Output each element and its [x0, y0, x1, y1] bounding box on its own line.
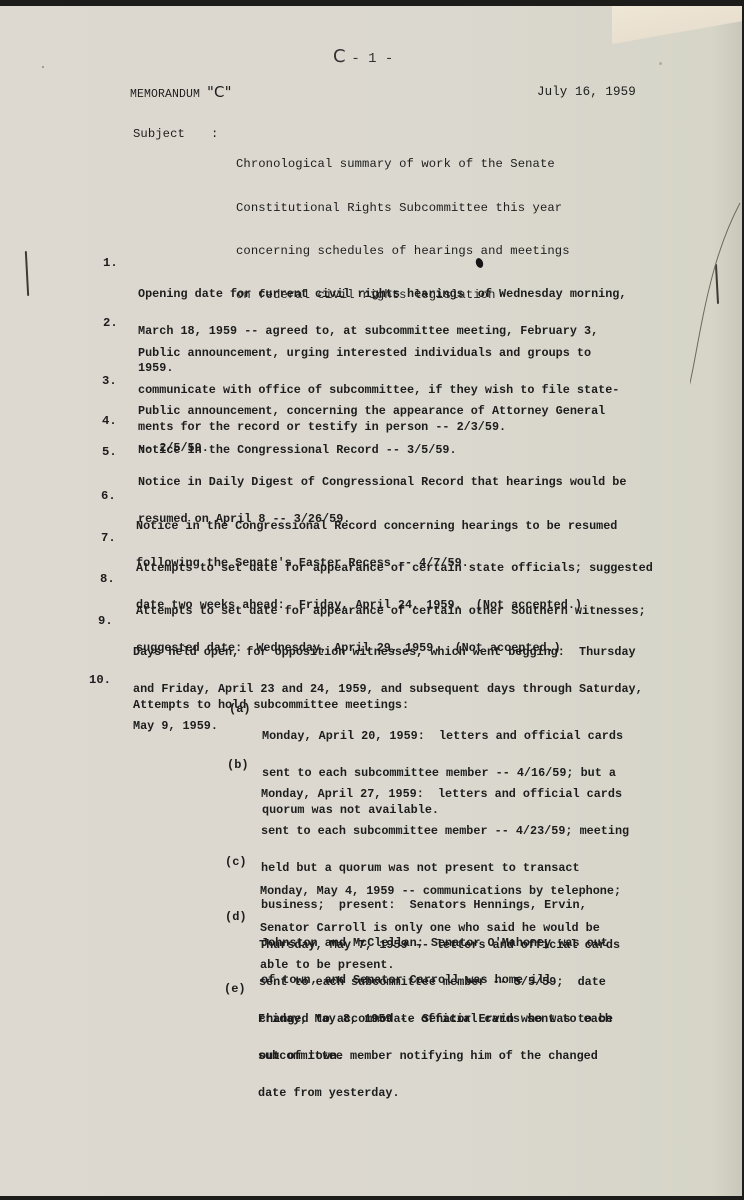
item-number: 6. [101, 489, 116, 503]
item-number: 5. [102, 445, 117, 459]
item-line: Monday, April 20, 1959: letters and offi… [262, 730, 623, 742]
item-number: 7. [101, 531, 116, 545]
paper-speck [42, 66, 44, 68]
item-line: Attempts to set date for appearance of c… [136, 562, 653, 574]
memo-page: C - 1 - MEMORANDUM "C" July 16, 1959 Sub… [0, 6, 742, 1196]
item-line: Public announcement, urging interested i… [138, 347, 619, 359]
item-line: Opening date for current civil rights he… [138, 288, 626, 300]
pencil-stroke [690, 201, 744, 401]
sub-item-label: (a) [229, 702, 251, 716]
item-number: 4. [102, 414, 117, 428]
item-line: date from yesterday. [258, 1087, 612, 1099]
item-number: 3. [102, 374, 117, 388]
item-number: 2. [103, 316, 118, 330]
subject-line: Constitutional Rights Subcommittee this … [236, 201, 570, 216]
subject-line: Chronological summary of work of the Sen… [236, 157, 570, 172]
page-mark-letter: C [333, 46, 346, 67]
torn-corner [612, 6, 742, 46]
item-line: Attempts to set date for appearance of c… [136, 605, 646, 617]
memo-letter: "C" [207, 83, 232, 101]
subject-colon: : [211, 128, 218, 140]
sub-item-label: (d) [225, 910, 247, 924]
item-number: 10. [89, 673, 111, 687]
item-number: 1. [103, 256, 118, 270]
item-line: Thursday, May 7, 1959 -- letters and off… [259, 939, 620, 951]
item-line: Days held open, for opposition witnesses… [133, 646, 643, 658]
memo-label: MEMORANDUM [130, 88, 200, 101]
memo-date: July 16, 1959 [537, 86, 636, 98]
item-line: Monday, April 27, 1959: letters and offi… [261, 788, 629, 800]
page-mark-number: - 1 - [351, 51, 393, 67]
item-line: Notice in the Congressional Record conce… [136, 520, 617, 532]
item-number: 8. [100, 572, 115, 586]
item-line: Notice in Daily Digest of Congressional … [138, 476, 626, 488]
subject-line: concerning schedules of hearings and mee… [236, 244, 570, 259]
sub-list-item: Friday, May 8, 1959 -- official cards se… [258, 988, 612, 1124]
item-line: Friday, May 8, 1959 -- official cards se… [258, 1013, 612, 1025]
margin-mark-left [25, 251, 29, 296]
item-line: subcommittee member notifying him of the… [258, 1050, 612, 1062]
sub-item-label: (c) [225, 855, 247, 869]
memo-title: MEMORANDUM "C" [130, 86, 232, 101]
item-line: sent to each subcommittee member -- 5/5/… [259, 976, 620, 988]
sub-item-label: (e) [224, 982, 246, 996]
paper-stain [659, 62, 662, 65]
page-number: C - 1 - [333, 46, 393, 67]
sub-item-label: (b) [227, 758, 249, 772]
item-line: Monday, May 4, 1959 -- communications by… [260, 885, 621, 897]
item-number: 9. [98, 614, 113, 628]
item-line: Public announcement, concerning the appe… [138, 405, 605, 417]
item-line: sent to each subcommittee member -- 4/23… [261, 825, 629, 837]
subject-label: Subject [133, 128, 185, 140]
